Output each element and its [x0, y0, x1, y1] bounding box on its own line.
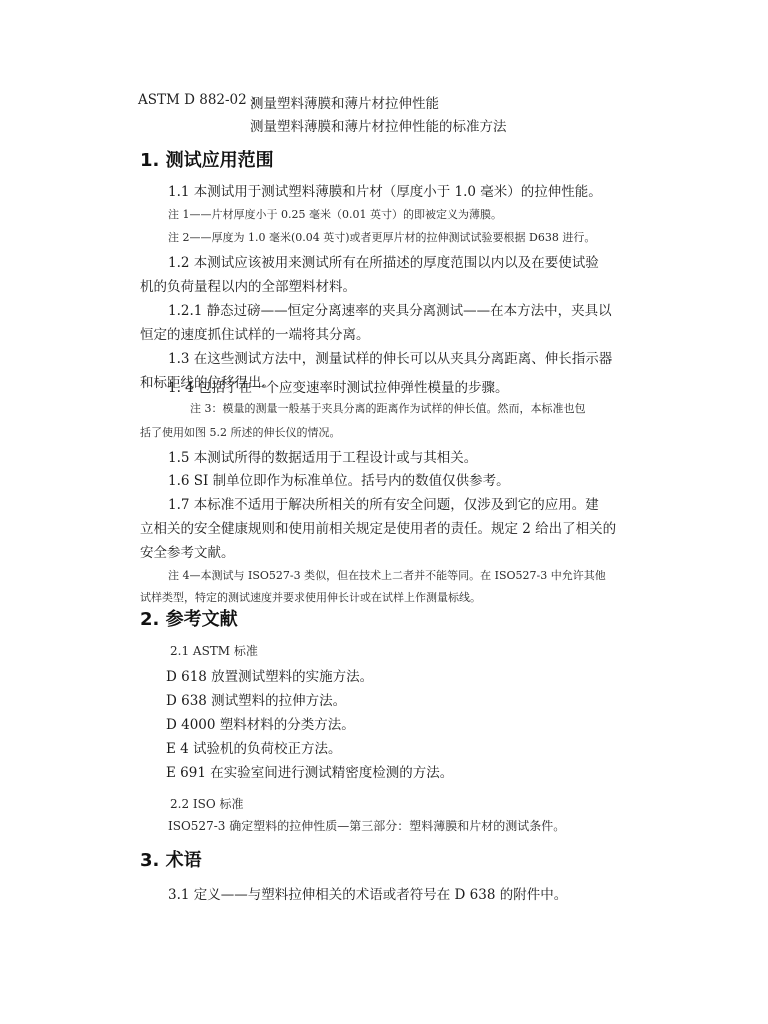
reference-item: D 618 放置测试塑料的实施方法。: [166, 665, 373, 685]
paragraph: 1.2 本测试应该被用来测试所有在所描述的厚度范围以内以及在要使试验: [168, 251, 599, 271]
paragraph: 1. 4 包括了在一个应变速率时测试拉伸弹性模量的步骤。: [168, 376, 509, 396]
note: 注 2——厚度为 1.0 毫米(0.04 英寸)或者更厚片材的拉伸测试试验要根据…: [168, 229, 595, 245]
reference-item: D 638 测试塑料的拉伸方法。: [166, 689, 346, 709]
note: 注 3：模量的测量一般基于夹具分离的距离作为试样的伸长值。然而，本标准也包: [190, 400, 586, 416]
paragraph: 机的负荷量程以内的全部塑料材料。: [140, 275, 356, 295]
note: 注 4—本测试与 ISO527-3 类似，但在技术上二者并不能等同。在 ISO5…: [168, 567, 606, 583]
paragraph: 1.1 本测试用于测试塑料薄膜和片材（厚度小于 1.0 毫米）的拉伸性能。: [168, 180, 602, 200]
reference-item: E 4 试验机的负荷校正方法。: [166, 737, 342, 757]
paragraph: 1.5 本测试所得的数据适用于工程设计或与其相关。: [168, 446, 477, 466]
reference-item: D 4000 塑料材料的分类方法。: [166, 713, 355, 733]
note: 注 1——片材厚度小于 0.25 毫米（0.01 英寸）的即被定义为薄膜。: [168, 206, 502, 222]
note: 试样类型，特定的测试速度并要求使用伸长计或在试样上作测量标线。: [140, 589, 481, 605]
section-heading-1: 1. 测试应用范围: [140, 146, 274, 172]
paragraph: 3.1 定义——与塑料拉伸相关的术语或者符号在 D 638 的附件中。: [168, 883, 567, 903]
paragraph: 1.2.1 静态过磅——恒定分离速率的夹具分离测试——在本方法中，夹具以: [168, 299, 612, 319]
subheading: 2.2 ISO 标准: [170, 795, 244, 812]
paragraph: 1.3 在这些测试方法中，测量试样的伸长可以从夹具分离距离、伸长指示器: [168, 347, 612, 367]
paragraph: 安全参考文献。: [140, 541, 235, 561]
reference-item: E 691 在实验室间进行测试精密度检测的方法。: [166, 761, 453, 781]
note: 括了使用如图 5.2 所述的伸长仪的情况。: [140, 424, 341, 440]
paragraph: 1.6 SI 制单位即作为标准单位。括号内的数值仅供参考。: [168, 469, 510, 489]
doc-title-full: 测量塑料薄膜和薄片材拉伸性能的标准方法: [250, 115, 507, 135]
paragraph: 1.7 本标准不适用于解决所相关的所有安全问题，仅涉及到它的应用。建: [168, 493, 599, 513]
section-heading-2: 2. 参考文献: [140, 605, 238, 631]
doc-title-short: 测量塑料薄膜和薄片材拉伸性能: [250, 92, 439, 112]
reference-item: ISO527-3 确定塑料的拉伸性质—第三部分：塑料薄膜和片材的测试条件。: [168, 817, 565, 834]
subheading: 2.1 ASTM 标准: [170, 642, 258, 659]
doc-code: ASTM D 882-02 :: [138, 92, 256, 108]
paragraph: 恒定的速度抓住试样的一端将其分离。: [140, 323, 370, 343]
section-heading-3: 3. 术语: [140, 846, 202, 872]
paragraph: 立相关的安全健康规则和使用前相关规定是使用者的责任。规定 2 给出了相关的: [140, 517, 616, 537]
